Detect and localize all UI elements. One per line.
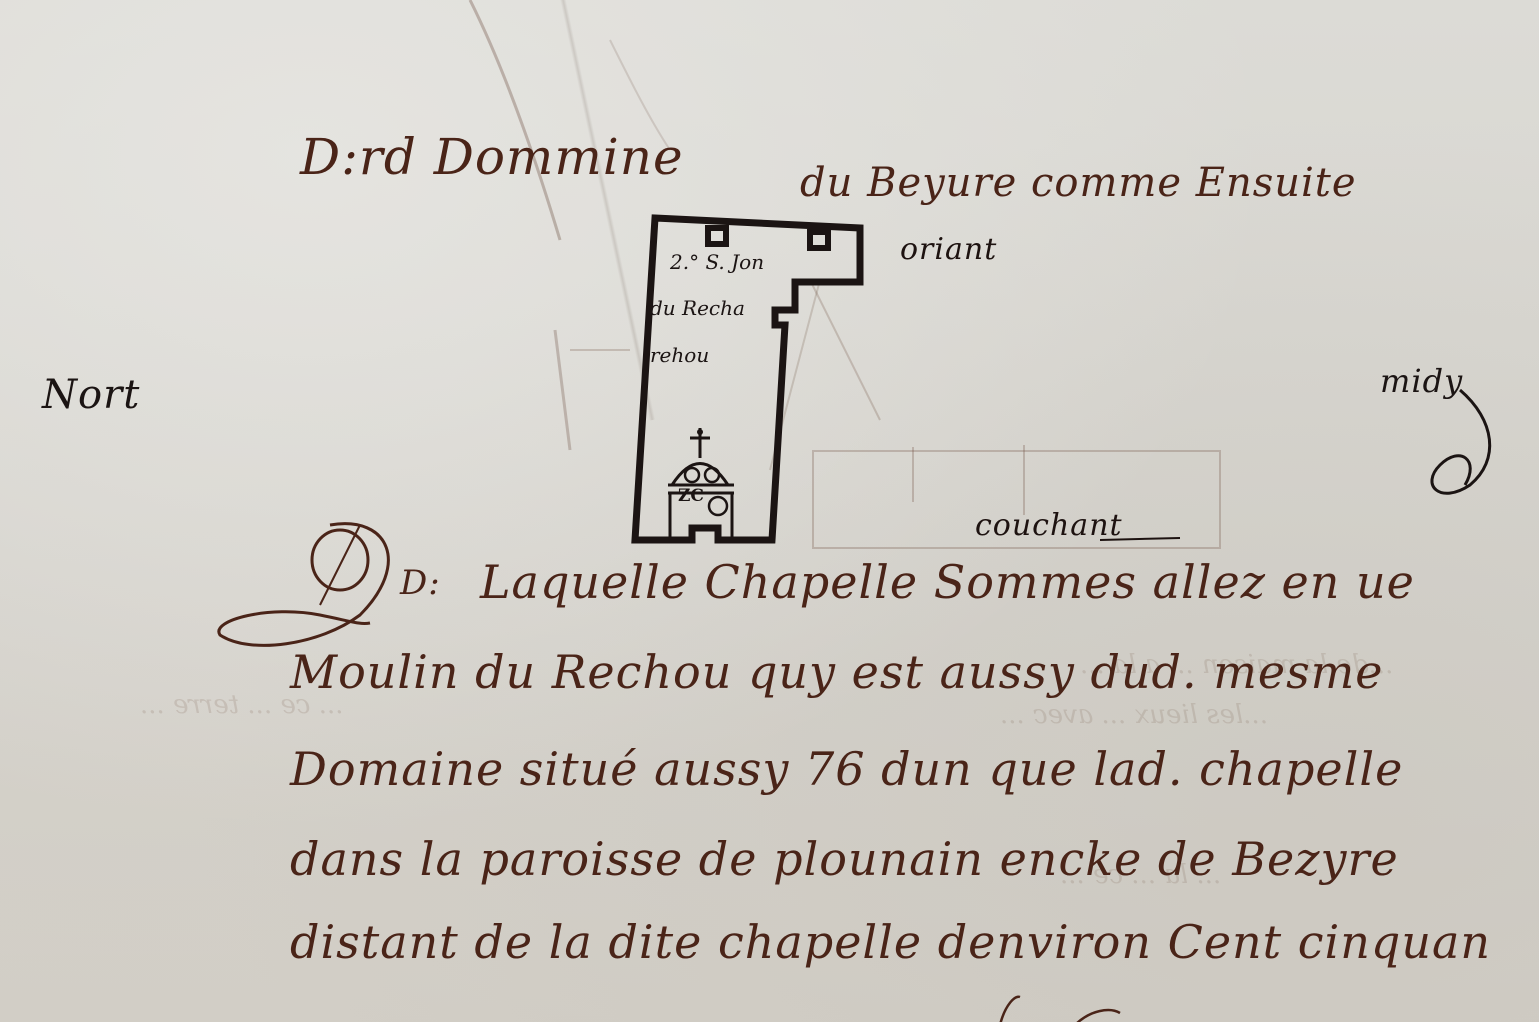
couchant-underline (1100, 530, 1190, 550)
chapel-floor-plan: 2.° S. Jon du Recha rehou ZC (630, 210, 870, 554)
heading-part-2: du Beyure comme Ensuite (800, 160, 1357, 206)
heading-part-1: D:rd Dommine (300, 128, 684, 186)
body-line-5: distant de la dite chapelle denviron Cen… (290, 915, 1491, 969)
compass-north: Nort (42, 372, 140, 418)
compass-south-flourish (1400, 380, 1510, 500)
bleed-through-text: ...les lieux ... avec ... (1000, 700, 1268, 730)
annotation-oriant: oriant (900, 232, 997, 267)
faint-sketch-wall (1023, 445, 1025, 515)
body-line-1-initial: D: (400, 563, 441, 603)
plan-label-line-2: du Recha (650, 296, 745, 320)
next-line-partial-strokes (980, 985, 1180, 1022)
body-line-1: Laquelle Chapelle Sommes allez en ue (480, 555, 1415, 609)
body-line-2: Moulin du Rechou quy est aussy dud. mesm… (290, 645, 1384, 699)
body-line-3: Domaine situé aussy 76 dun que lad. chap… (290, 742, 1403, 796)
plan-label-line-1: 2.° S. Jon (670, 250, 764, 274)
plan-label-line-3: rehou (650, 343, 709, 367)
altar-label: ZC (678, 486, 704, 506)
body-line-4: dans la paroisse de plounain encke de Be… (290, 832, 1399, 886)
altar-icon (668, 428, 734, 540)
